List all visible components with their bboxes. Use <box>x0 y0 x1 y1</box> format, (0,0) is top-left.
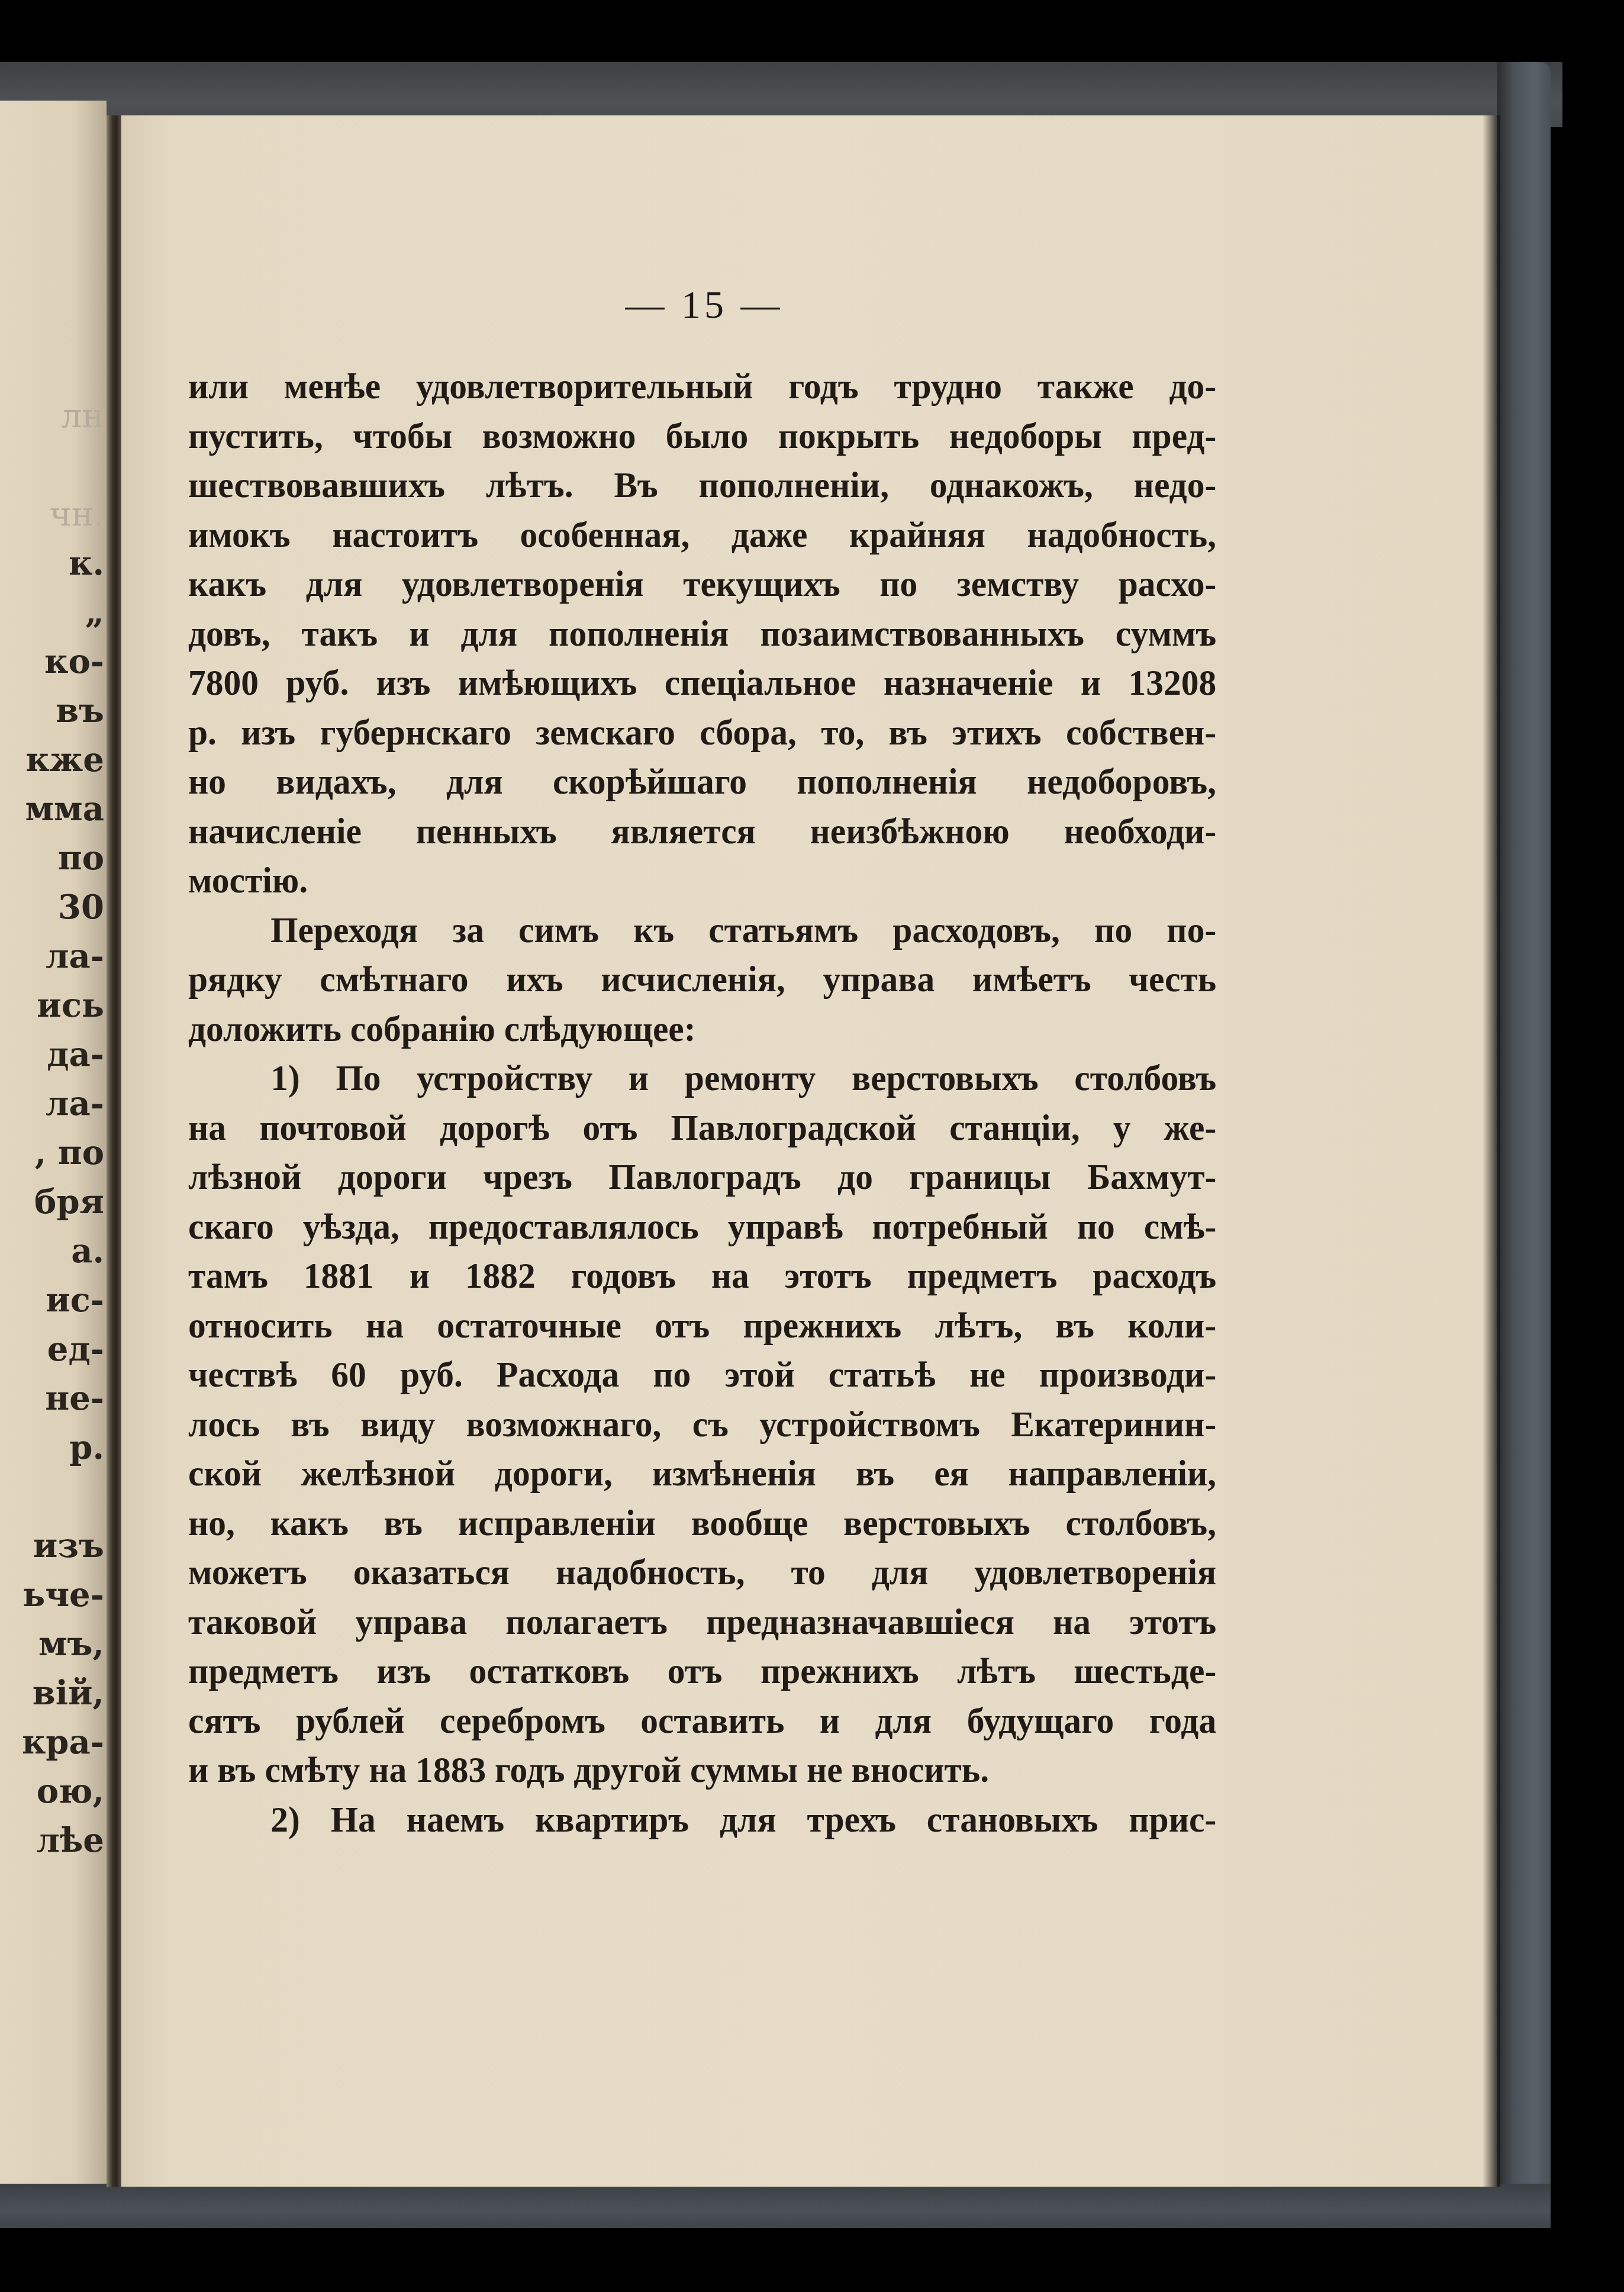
fragment-line: мма <box>22 785 104 834</box>
fragment-line: , по <box>22 1129 104 1178</box>
previous-page-text: лн чн. к. „ ко- въ кже мма по 30 ла- ись… <box>22 392 104 1865</box>
fragment-line: бря <box>22 1178 104 1227</box>
fragment-line: да- <box>22 1030 104 1079</box>
page-number: — 15 — <box>616 283 793 328</box>
text-line: но, какъ въ исправленіи вообще верстовых… <box>188 1499 1216 1549</box>
text-line: доложить собранію слѣдующее: <box>188 1005 1216 1055</box>
fragment-line: мъ, <box>22 1620 104 1669</box>
text-line: относить на остаточные отъ прежнихъ лѣтъ… <box>188 1301 1216 1351</box>
text-line: имокъ настоитъ особенная, даже крайняя н… <box>188 511 1216 560</box>
fragment-line: не- <box>22 1374 104 1423</box>
fragment-line: кже <box>22 736 104 785</box>
fragment-line: ьче- <box>22 1571 104 1620</box>
text-line: начисленіе пенныхъ является неизбѣжною н… <box>188 807 1216 857</box>
page-edge-shadow <box>1483 115 1500 2187</box>
fragment-line: въ <box>22 686 104 736</box>
text-line: на почтовой дорогѣ отъ Павлоградской ста… <box>188 1104 1216 1153</box>
text-line: 7800 руб. изъ имѣющихъ спеціальное назна… <box>188 659 1216 708</box>
fragment-line: ись <box>22 981 104 1030</box>
fragment-line: кра- <box>22 1718 104 1767</box>
text-line: можетъ оказаться надобность, то для удов… <box>188 1548 1216 1598</box>
text-line: лѣзной дороги чрезъ Павлоградъ до границ… <box>188 1153 1216 1203</box>
text-line: скаго уѣзда, предоставлялось управѣ потр… <box>188 1203 1216 1252</box>
text-line: лось въ виду возможнаго, съ устройствомъ… <box>188 1400 1216 1450</box>
fragment-line: ед- <box>22 1325 104 1374</box>
fragment-line <box>22 1472 104 1521</box>
fragment-line: вій, <box>22 1669 104 1718</box>
fragment-line: лѣе <box>22 1816 104 1865</box>
fragment-line: ла- <box>22 1079 104 1129</box>
fragment-line: чн. <box>22 490 104 539</box>
fragment-line: р. <box>22 1423 104 1472</box>
text-line: рядку смѣтнаго ихъ исчисленія, управа им… <box>188 955 1216 1005</box>
fragment-line: ою, <box>22 1767 104 1816</box>
text-line: чествѣ 60 руб. Расхода по этой статьѣ не… <box>188 1350 1216 1400</box>
text-line: предметъ изъ остатковъ отъ прежнихъ лѣтъ… <box>188 1647 1216 1697</box>
list-item-1-start: 1) По устройству и ремонту верстовыхъ ст… <box>188 1054 1216 1104</box>
fragment-line: ис- <box>22 1276 104 1325</box>
fragment-line: к. <box>22 539 104 588</box>
fragment-line: по <box>22 834 104 883</box>
text-line: ской желѣзной дороги, измѣненія въ ея на… <box>188 1449 1216 1499</box>
text-line: тамъ 1881 и 1882 годовъ на этотъ предмет… <box>188 1252 1216 1301</box>
book-cover-right-edge <box>1497 62 1551 2222</box>
fragment-line <box>22 441 104 490</box>
text-line: какъ для удовлетворенія текущихъ по земс… <box>188 560 1216 610</box>
paragraph-start: Переходя за симъ къ статьямъ расходовъ, … <box>188 906 1216 956</box>
text-line: но видахъ, для скорѣйшаго пополненія нед… <box>188 757 1216 807</box>
text-line: таковой управа полагаетъ предназначавшіе… <box>188 1598 1216 1648</box>
fragment-line: ко- <box>22 637 104 686</box>
text-line: р. изъ губернскаго земскаго сбора, то, в… <box>188 708 1216 758</box>
text-line: довъ, такъ и для пополненія позаимствова… <box>188 610 1216 659</box>
fragment-line: лн <box>22 392 104 441</box>
fragment-line: изъ <box>22 1521 104 1571</box>
fragment-line: „ <box>22 588 104 637</box>
text-line: мостію. <box>188 856 1216 906</box>
text-line: и въ смѣту на 1883 годъ другой суммы не … <box>188 1746 1216 1795</box>
book-gutter <box>107 115 123 2187</box>
body-text: или менѣе удовлетворительный годъ трудно… <box>188 362 1218 1845</box>
fragment-line: 30 <box>22 883 104 932</box>
previous-page-fragment: лн чн. к. „ ко- въ кже мма по 30 ла- ись… <box>0 101 107 2184</box>
text-line: сятъ рублей серебромъ оставить и для буд… <box>188 1697 1216 1746</box>
fragment-line: ла- <box>22 932 104 981</box>
fragment-line: а. <box>22 1227 104 1276</box>
text-line: или менѣе удовлетворительный годъ трудно… <box>188 362 1216 412</box>
text-line: пустить, чтобы возможно было покрыть нед… <box>188 412 1216 462</box>
list-item-2-start: 2) На наемъ квартиръ для трехъ становыхъ… <box>188 1795 1216 1845</box>
text-line: шествовавшихъ лѣтъ. Въ пополненіи, однак… <box>188 461 1216 511</box>
book-cover-bottom-edge <box>0 2184 1551 2228</box>
